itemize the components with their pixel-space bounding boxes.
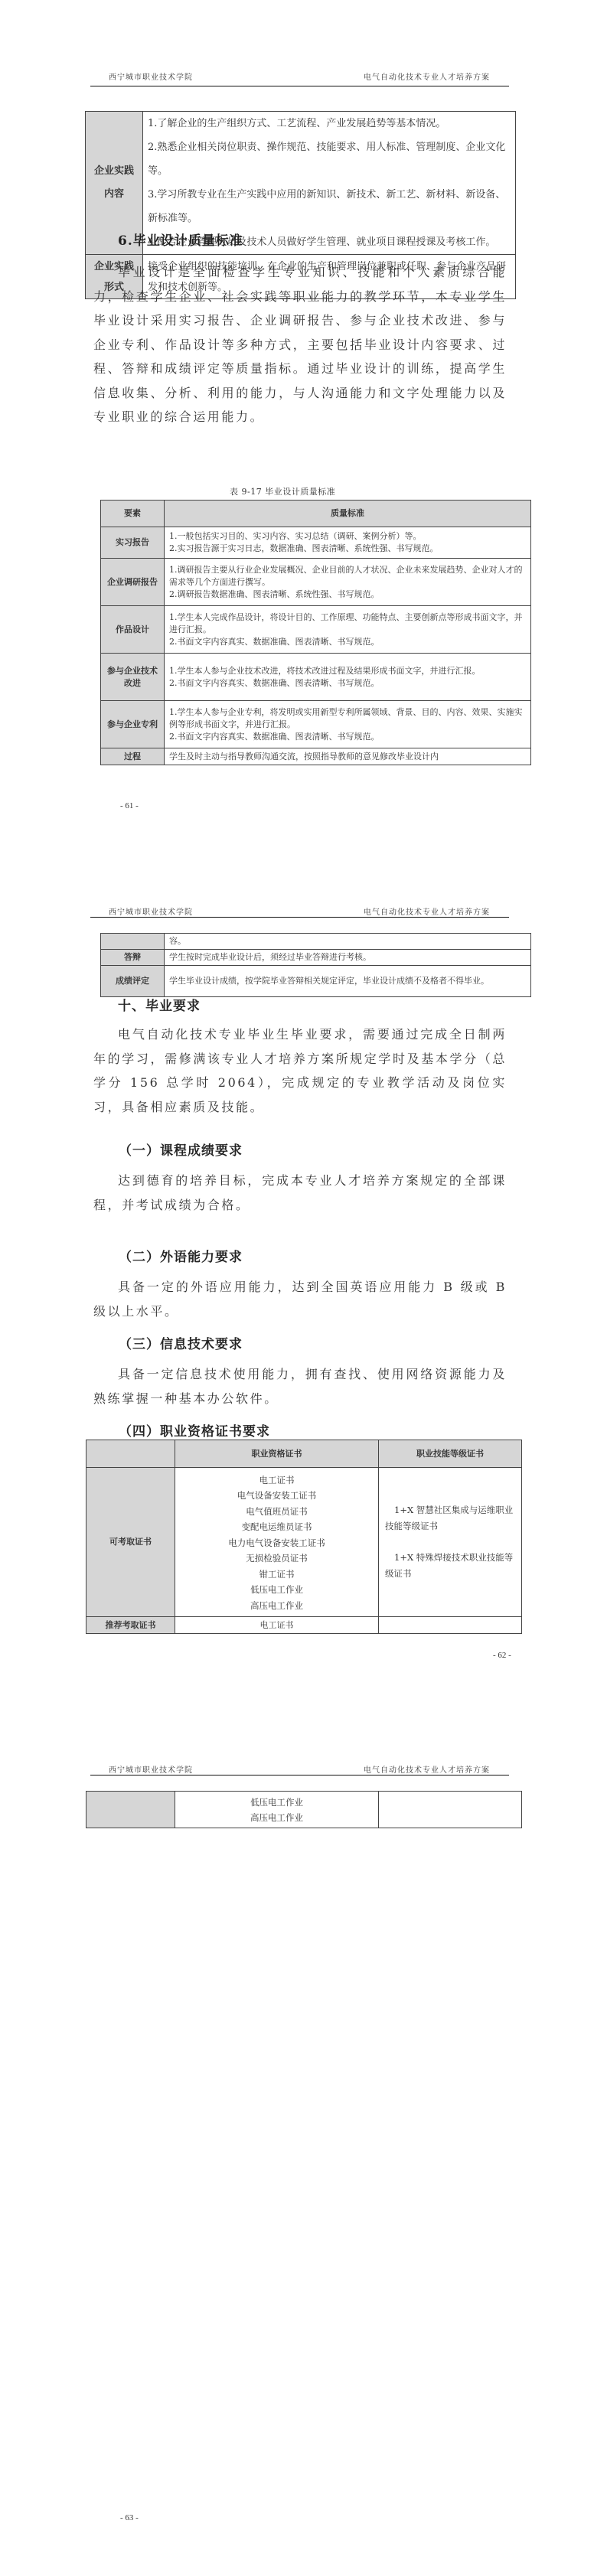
row-content: 学生按时完成毕业设计后，须经过毕业答辩进行考核。 bbox=[165, 950, 531, 966]
chapter-paragraph: 电气自动化技术专业毕业生毕业要求，需要通过完成全日制两年的学习，需修满该专业人才… bbox=[93, 1022, 507, 1119]
row-content: 1.一般包括实习目的、实习内容、实习总结（调研、案例分析）等。 2.实习报告源于… bbox=[165, 527, 531, 559]
table-header-row: 要素 质量标准 bbox=[101, 501, 531, 527]
row-content: 1.调研报告主要从行业企业发展概况、企业目前的人才状况、企业未来发展趋势、企业对… bbox=[165, 559, 531, 606]
foreign-language-paragraph: 具备一定的外语应用能力，达到全国英语应用能力 B 级或 B 级以上水平。 bbox=[93, 1275, 507, 1323]
table-caption: 表 9-17 毕业设计质量标准 bbox=[230, 485, 335, 497]
sub-heading-certificates: （四）职业资格证书要求 bbox=[119, 1420, 270, 1440]
qualification-cert-list: 电工证书 电气设备安装工证书 电气值班员证书 变配电运维员证书 电力电气设备安装… bbox=[175, 1468, 379, 1617]
table-row: 成绩评定 学生毕业设计成绩，按学院毕业答辩相关规定评定，毕业设计成绩不及格者不得… bbox=[101, 966, 531, 997]
row-label bbox=[101, 934, 165, 950]
table-row: 低压电工作业 高压电工作业 bbox=[86, 1792, 522, 1828]
table-row: 推荐考取证书 电工证书 bbox=[86, 1617, 522, 1634]
page-number: - 62 - bbox=[493, 1651, 511, 1660]
header-rule bbox=[90, 917, 509, 918]
table-row: 参与企业专利 1.学生本人参与企业专利，将发明或实用新型专利所属领域、背景、目的… bbox=[101, 701, 531, 748]
course-grades-paragraph: 达到德育的培养目标，完成本专业人才培养方案规定的全部课程，并考试成绩为合格。 bbox=[93, 1169, 507, 1217]
row-content: 学生及时主动与指导教师沟通交流，按照指导教师的意见修改毕业设计内 bbox=[165, 748, 531, 765]
row-label bbox=[86, 1792, 175, 1828]
column-header: 职业技能等级证书 bbox=[379, 1440, 522, 1468]
row-label: 实习报告 bbox=[101, 527, 165, 559]
row-label: 可考取证书 bbox=[86, 1468, 175, 1617]
table-row: 作品设计 1.学生本人完成作品设计，将设计目的、工作原理、功能特点、主要创新点等… bbox=[101, 606, 531, 654]
recommended-skill-cert bbox=[379, 1617, 522, 1634]
sub-heading-foreign-language: （二）外语能力要求 bbox=[119, 1246, 243, 1265]
table-header-row: 职业资格证书 职业技能等级证书 bbox=[86, 1440, 522, 1468]
table-row: 答辩 学生按时完成毕业设计后，须经过毕业答辩进行考核。 bbox=[101, 950, 531, 966]
row-label: 企业调研报告 bbox=[101, 559, 165, 606]
skill-cert-list: 1+X 智慧社区集成与运维职业技能等级证书 1+X 特殊焊接技术职业技能等级证书 bbox=[379, 1468, 522, 1617]
table-row: 过程 学生及时主动与指导教师沟通交流，按照指导教师的意见修改毕业设计内 bbox=[101, 748, 531, 765]
skill-cert-list bbox=[379, 1792, 522, 1828]
header-rule bbox=[90, 1775, 509, 1775]
quality-table: 要素 质量标准 实习报告 1.一般包括实习目的、实习内容、实习总结（调研、案例分… bbox=[100, 500, 531, 765]
row-content: 1.学生本人参与企业专利，将发明或实用新型专利所属领域、背景、目的、内容、效果、… bbox=[165, 701, 531, 748]
table-row: 参与企业技术改进 1.学生本人参与企业技术改进，将技术改进过程及结果形成书面文字… bbox=[101, 654, 531, 701]
section-heading: 6.毕业设计质量标准 bbox=[118, 230, 243, 249]
table-row: 容。 bbox=[101, 934, 531, 950]
quality-table-continued: 容。 答辩 学生按时完成毕业设计后，须经过毕业答辩进行考核。 成绩评定 学生毕业… bbox=[100, 933, 531, 997]
column-header: 要素 bbox=[101, 501, 165, 527]
column-header: 质量标准 bbox=[165, 501, 531, 527]
page-header-left: 西宁城市职业技术学院 bbox=[109, 905, 193, 917]
sub-heading-it: （三）信息技术要求 bbox=[119, 1333, 243, 1352]
table-row: 实习报告 1.一般包括实习目的、实习内容、实习总结（调研、案例分析）等。 2.实… bbox=[101, 527, 531, 559]
section-paragraph: 毕业设计是全面检查学生专业知识、技能和个人素质综合能力，检查学生企业、社会实践等… bbox=[93, 260, 507, 429]
row-label: 参与企业技术改进 bbox=[101, 654, 165, 701]
row-label: 过程 bbox=[101, 748, 165, 765]
row-label: 作品设计 bbox=[101, 606, 165, 654]
page-header-left: 西宁城市职业技术学院 bbox=[109, 1763, 193, 1775]
it-paragraph: 具备一定信息技术使用能力，拥有查找、使用网络资源能力及熟练掌握一种基本办公软件。 bbox=[93, 1362, 507, 1410]
page-number: - 61 - bbox=[120, 801, 139, 810]
table-row: 可考取证书 电工证书 电气设备安装工证书 电气值班员证书 变配电运维员证书 电力… bbox=[86, 1468, 522, 1617]
sub-heading-course-grades: （一）课程成绩要求 bbox=[119, 1140, 243, 1159]
page-number: - 63 - bbox=[120, 2513, 139, 2522]
page-header-right: 电气自动化技术专业人才培养方案 bbox=[364, 70, 490, 82]
row-label: 成绩评定 bbox=[101, 966, 165, 997]
recommended-cert: 电工证书 bbox=[175, 1617, 379, 1634]
page-header-left: 西宁城市职业技术学院 bbox=[109, 70, 193, 82]
row-label: 参与企业专利 bbox=[101, 701, 165, 748]
page-header-right: 电气自动化技术专业人才培养方案 bbox=[364, 905, 490, 917]
column-header: 职业资格证书 bbox=[175, 1440, 379, 1468]
header-rule bbox=[90, 86, 509, 86]
page-header-right: 电气自动化技术专业人才培养方案 bbox=[364, 1763, 490, 1775]
row-content: 学生毕业设计成绩，按学院毕业答辩相关规定评定，毕业设计成绩不及格者不得毕业。 bbox=[165, 966, 531, 997]
row-content: 1.学生本人参与企业技术改进，将技术改进过程及结果形成书面文字，并进行汇报。 2… bbox=[165, 654, 531, 701]
row-content: 容。 bbox=[165, 934, 531, 950]
qualification-cert-list: 低压电工作业 高压电工作业 bbox=[175, 1792, 379, 1828]
certificate-table-continued: 低压电工作业 高压电工作业 bbox=[86, 1791, 522, 1828]
column-header bbox=[86, 1440, 175, 1468]
row-label: 答辩 bbox=[101, 950, 165, 966]
row-label: 推荐考取证书 bbox=[86, 1617, 175, 1634]
certificate-table: 职业资格证书 职业技能等级证书 可考取证书 电工证书 电气设备安装工证书 电气值… bbox=[86, 1440, 522, 1634]
table-row: 企业调研报告 1.调研报告主要从行业企业发展概况、企业目前的人才状况、企业未来发… bbox=[101, 559, 531, 606]
row-content: 1.学生本人完成作品设计，将设计目的、工作原理、功能特点、主要创新点等形成书面文… bbox=[165, 606, 531, 654]
chapter-heading: 十、毕业要求 bbox=[118, 995, 201, 1014]
